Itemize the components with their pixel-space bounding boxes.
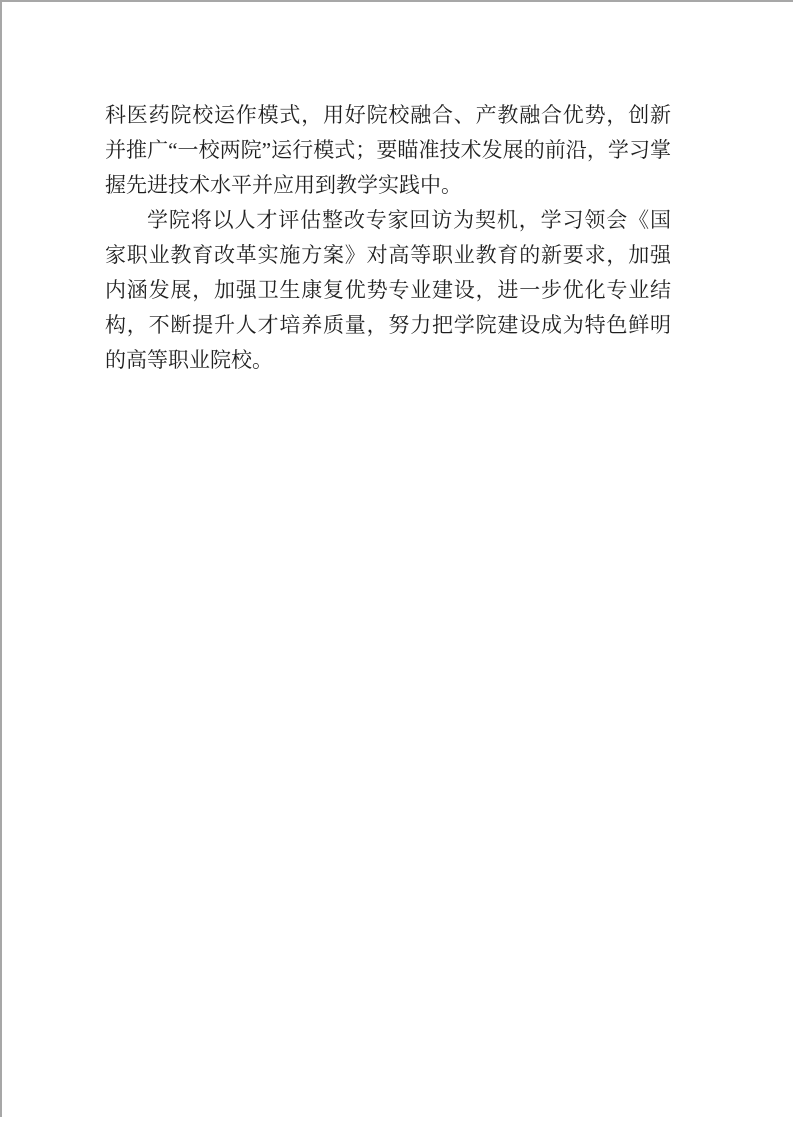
paragraph-continuation: 科医药院校运作模式，用好院校融合、产教融合优势，创新并推广“一校两院”运行模式；… — [105, 98, 671, 203]
paragraph-closing: 学院将以人才评估整改专家回访为契机，学习领会《国家职业教育改革实施方案》对高等职… — [105, 203, 671, 378]
page-border-left — [0, 0, 2, 1117]
page-border-top — [0, 0, 793, 2]
document-page: 科医药院校运作模式，用好院校融合、产教融合优势，创新并推广“一校两院”运行模式；… — [0, 0, 793, 1122]
document-body: 科医药院校运作模式，用好院校融合、产教融合优势，创新并推广“一校两院”运行模式；… — [105, 98, 671, 378]
